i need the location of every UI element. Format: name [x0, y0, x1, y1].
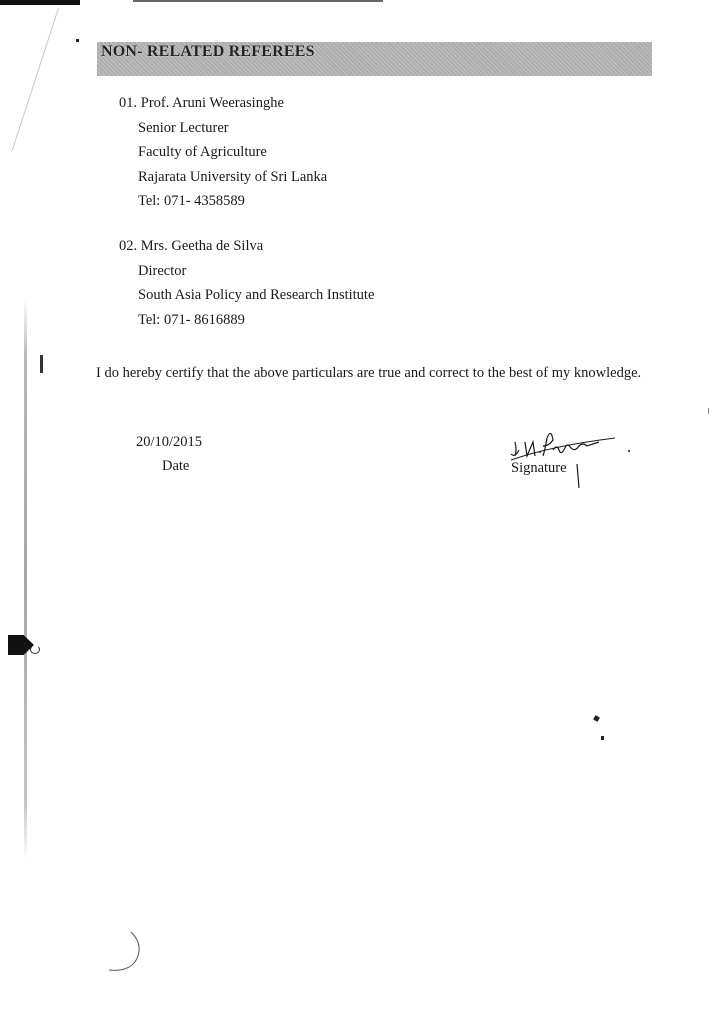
section-header: NON- RELATED REFEREES: [97, 42, 652, 76]
referee-number: 01.: [119, 95, 137, 111]
date-label: Date: [162, 458, 189, 475]
referee-number: 02.: [119, 238, 137, 254]
scan-speck: [76, 39, 79, 42]
scan-fold-line: [12, 8, 59, 151]
scan-edge-line: [133, 0, 383, 2]
scan-mark: [40, 355, 43, 373]
scan-speck: [601, 736, 604, 740]
scan-speck: [708, 408, 709, 414]
referee-heading: 01. Prof. Aruni Weerasinghe: [119, 91, 327, 116]
referee-heading: 02. Mrs. Geetha de Silva: [119, 234, 374, 259]
certification-statement: I do hereby certify that the above parti…: [96, 365, 641, 382]
handwritten-signature: [505, 420, 625, 490]
referee-title: Senior Lecturer: [119, 116, 327, 141]
scan-edge-artifact: [0, 0, 80, 5]
referee-organization: South Asia Policy and Research Institute: [119, 283, 374, 308]
referee-department: Faculty of Agriculture: [119, 140, 327, 165]
section-title: NON- RELATED REFEREES: [101, 43, 315, 61]
referee-entry: 01. Prof. Aruni Weerasinghe Senior Lectu…: [119, 91, 327, 214]
referee-organization: Rajarata University of Sri Lanka: [119, 165, 327, 190]
stray-pen-mark: [105, 920, 165, 980]
binder-clip-hole: [30, 645, 40, 654]
signature-label: Signature: [511, 460, 567, 477]
referee-name: Prof. Aruni Weerasinghe: [141, 95, 284, 111]
referee-phone: Tel: 071- 4358589: [119, 189, 327, 214]
scan-speck: [628, 450, 630, 452]
referee-entry: 02. Mrs. Geetha de Silva Director South …: [119, 234, 374, 332]
scan-speck: [593, 715, 600, 722]
page-fold-shadow: [24, 300, 27, 860]
referee-name: Mrs. Geetha de Silva: [141, 238, 263, 254]
referee-title: Director: [119, 259, 374, 284]
referee-phone: Tel: 071- 8616889: [119, 308, 374, 333]
date-value: 20/10/2015: [136, 434, 202, 451]
